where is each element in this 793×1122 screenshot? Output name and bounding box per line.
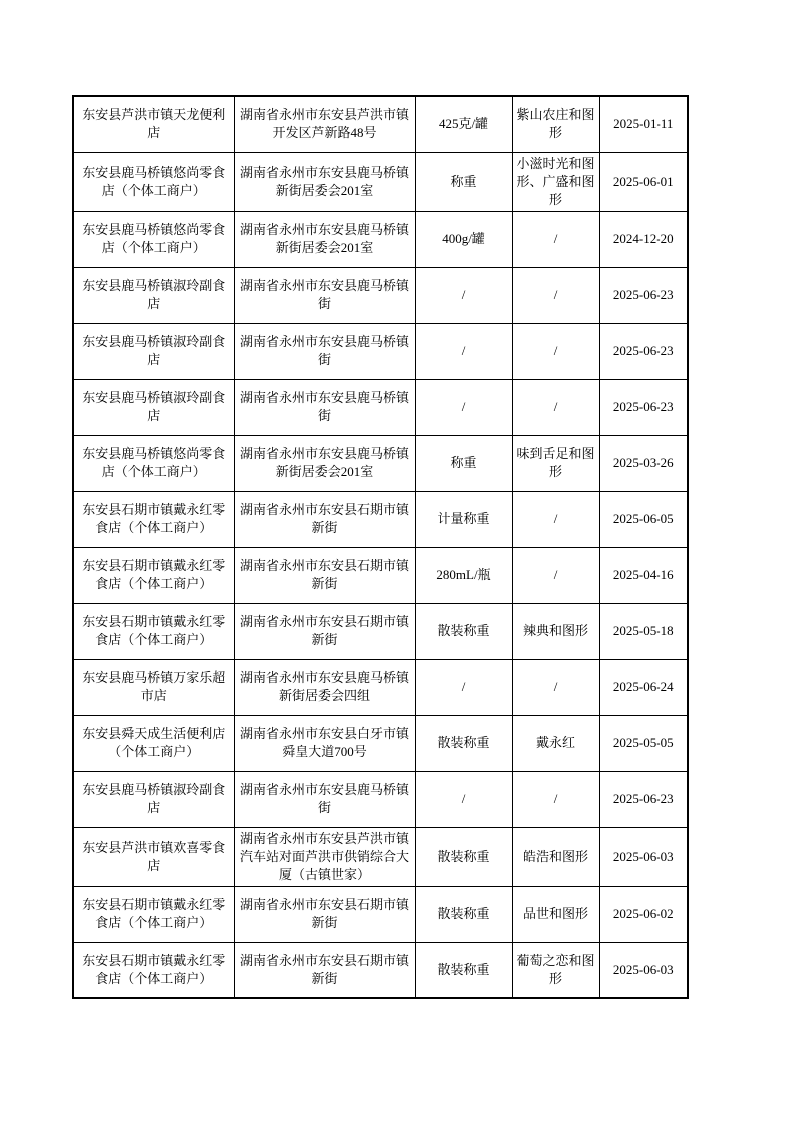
date-cell: 2025-06-23 (599, 323, 688, 379)
table-row: 东安县石期市镇戴永红零食店（个体工商户） 湖南省永州市东安县石期市镇新街 散装称… (73, 886, 688, 942)
specification-cell: / (415, 323, 512, 379)
trademark-cell: / (512, 379, 599, 435)
table-body: 东安县芦洪市镇天龙便利店 湖南省永州市东安县芦洪市镇开发区芦新路48号 425克… (73, 96, 688, 998)
specification-cell: 散装称重 (415, 827, 512, 886)
specification-cell: 425克/罐 (415, 96, 512, 152)
specification-cell: 散装称重 (415, 715, 512, 771)
date-cell: 2025-01-11 (599, 96, 688, 152)
table-row: 东安县鹿马桥镇万家乐超市店 湖南省永州市东安县鹿马桥镇新街居委会四组 / / 2… (73, 659, 688, 715)
store-name-cell: 东安县石期市镇戴永红零食店（个体工商户） (73, 491, 234, 547)
table-row: 东安县鹿马桥镇悠尚零食店（个体工商户） 湖南省永州市东安县鹿马桥镇新街居委会20… (73, 435, 688, 491)
trademark-cell: 小滋时光和图形、广盛和图形 (512, 152, 599, 211)
specification-cell: 散装称重 (415, 603, 512, 659)
table-row: 东安县鹿马桥镇淑玲副食店 湖南省永州市东安县鹿马桥镇街 / / 2025-06-… (73, 379, 688, 435)
store-name-cell: 东安县鹿马桥镇淑玲副食店 (73, 323, 234, 379)
address-cell: 湖南省永州市东安县鹿马桥镇新街居委会201室 (234, 152, 415, 211)
address-cell: 湖南省永州市东安县鹿马桥镇街 (234, 323, 415, 379)
store-name-cell: 东安县鹿马桥镇淑玲副食店 (73, 771, 234, 827)
trademark-cell: / (512, 547, 599, 603)
table-row: 东安县石期市镇戴永红零食店（个体工商户） 湖南省永州市东安县石期市镇新街 280… (73, 547, 688, 603)
store-name-cell: 东安县芦洪市镇天龙便利店 (73, 96, 234, 152)
store-name-cell: 东安县鹿马桥镇悠尚零食店（个体工商户） (73, 435, 234, 491)
table-row: 东安县芦洪市镇欢喜零食店 湖南省永州市东安县芦洪市镇汽车站对面芦洪市供销综合大厦… (73, 827, 688, 886)
date-cell: 2025-03-26 (599, 435, 688, 491)
address-cell: 湖南省永州市东安县白牙市镇舜皇大道700号 (234, 715, 415, 771)
table-row: 东安县石期市镇戴永红零食店（个体工商户） 湖南省永州市东安县石期市镇新街 散装称… (73, 603, 688, 659)
address-cell: 湖南省永州市东安县石期市镇新街 (234, 603, 415, 659)
date-cell: 2025-06-23 (599, 267, 688, 323)
trademark-cell: / (512, 771, 599, 827)
trademark-cell: 紫山农庄和图形 (512, 96, 599, 152)
address-cell: 湖南省永州市东安县鹿马桥镇新街居委会201室 (234, 435, 415, 491)
date-cell: 2025-06-05 (599, 491, 688, 547)
trademark-cell: 皓浩和图形 (512, 827, 599, 886)
store-name-cell: 东安县鹿马桥镇淑玲副食店 (73, 379, 234, 435)
date-cell: 2025-06-23 (599, 771, 688, 827)
specification-cell: / (415, 659, 512, 715)
specification-cell: 280mL/瓶 (415, 547, 512, 603)
date-cell: 2025-06-24 (599, 659, 688, 715)
address-cell: 湖南省永州市东安县鹿马桥镇街 (234, 379, 415, 435)
specification-cell: 称重 (415, 435, 512, 491)
trademark-cell: 品世和图形 (512, 886, 599, 942)
trademark-cell: 味到舌足和图形 (512, 435, 599, 491)
address-cell: 湖南省永州市东安县石期市镇新街 (234, 547, 415, 603)
store-name-cell: 东安县舜天成生活便利店（个体工商户） (73, 715, 234, 771)
specification-cell: 计量称重 (415, 491, 512, 547)
store-name-cell: 东安县鹿马桥镇悠尚零食店（个体工商户） (73, 152, 234, 211)
date-cell: 2025-05-18 (599, 603, 688, 659)
specification-cell: 散装称重 (415, 942, 512, 998)
date-cell: 2025-05-05 (599, 715, 688, 771)
table-row: 东安县石期市镇戴永红零食店（个体工商户） 湖南省永州市东安县石期市镇新街 散装称… (73, 942, 688, 998)
store-name-cell: 东安县石期市镇戴永红零食店（个体工商户） (73, 603, 234, 659)
trademark-cell: 戴永红 (512, 715, 599, 771)
address-cell: 湖南省永州市东安县石期市镇新街 (234, 886, 415, 942)
table-row: 东安县芦洪市镇天龙便利店 湖南省永州市东安县芦洪市镇开发区芦新路48号 425克… (73, 96, 688, 152)
store-name-cell: 东安县芦洪市镇欢喜零食店 (73, 827, 234, 886)
trademark-cell: / (512, 323, 599, 379)
table-row: 东安县鹿马桥镇淑玲副食店 湖南省永州市东安县鹿马桥镇街 / / 2025-06-… (73, 323, 688, 379)
address-cell: 湖南省永州市东安县鹿马桥镇街 (234, 771, 415, 827)
date-cell: 2025-04-16 (599, 547, 688, 603)
specification-cell: 散装称重 (415, 886, 512, 942)
date-cell: 2025-06-03 (599, 942, 688, 998)
address-cell: 湖南省永州市东安县鹿马桥镇新街居委会四组 (234, 659, 415, 715)
table-row: 东安县鹿马桥镇悠尚零食店（个体工商户） 湖南省永州市东安县鹿马桥镇新街居委会20… (73, 152, 688, 211)
address-cell: 湖南省永州市东安县芦洪市镇开发区芦新路48号 (234, 96, 415, 152)
date-cell: 2025-06-23 (599, 379, 688, 435)
address-cell: 湖南省永州市东安县石期市镇新街 (234, 942, 415, 998)
specification-cell: / (415, 771, 512, 827)
date-cell: 2024-12-20 (599, 211, 688, 267)
date-cell: 2025-06-01 (599, 152, 688, 211)
trademark-cell: / (512, 659, 599, 715)
store-name-cell: 东安县鹿马桥镇万家乐超市店 (73, 659, 234, 715)
date-cell: 2025-06-03 (599, 827, 688, 886)
address-cell: 湖南省永州市东安县石期市镇新街 (234, 491, 415, 547)
address-cell: 湖南省永州市东安县鹿马桥镇新街居委会201室 (234, 211, 415, 267)
document-page: 东安县芦洪市镇天龙便利店 湖南省永州市东安县芦洪市镇开发区芦新路48号 425克… (0, 0, 793, 1122)
trademark-cell: / (512, 491, 599, 547)
address-cell: 湖南省永州市东安县芦洪市镇汽车站对面芦洪市供销综合大厦（古镇世家） (234, 827, 415, 886)
table-row: 东安县鹿马桥镇悠尚零食店（个体工商户） 湖南省永州市东安县鹿马桥镇新街居委会20… (73, 211, 688, 267)
table-row: 东安县鹿马桥镇淑玲副食店 湖南省永州市东安县鹿马桥镇街 / / 2025-06-… (73, 267, 688, 323)
store-name-cell: 东安县石期市镇戴永红零食店（个体工商户） (73, 886, 234, 942)
date-cell: 2025-06-02 (599, 886, 688, 942)
specification-cell: / (415, 379, 512, 435)
store-name-cell: 东安县石期市镇戴永红零食店（个体工商户） (73, 942, 234, 998)
trademark-cell: 葡萄之恋和图形 (512, 942, 599, 998)
specification-cell: / (415, 267, 512, 323)
specification-cell: 称重 (415, 152, 512, 211)
address-cell: 湖南省永州市东安县鹿马桥镇街 (234, 267, 415, 323)
table-row: 东安县鹿马桥镇淑玲副食店 湖南省永州市东安县鹿马桥镇街 / / 2025-06-… (73, 771, 688, 827)
trademark-cell: / (512, 211, 599, 267)
trademark-cell: 辣典和图形 (512, 603, 599, 659)
store-name-cell: 东安县鹿马桥镇悠尚零食店（个体工商户） (73, 211, 234, 267)
store-name-cell: 东安县石期市镇戴永红零食店（个体工商户） (73, 547, 234, 603)
specification-cell: 400g/罐 (415, 211, 512, 267)
table-row: 东安县石期市镇戴永红零食店（个体工商户） 湖南省永州市东安县石期市镇新街 计量称… (73, 491, 688, 547)
inspection-records-table: 东安县芦洪市镇天龙便利店 湖南省永州市东安县芦洪市镇开发区芦新路48号 425克… (72, 95, 689, 999)
store-name-cell: 东安县鹿马桥镇淑玲副食店 (73, 267, 234, 323)
trademark-cell: / (512, 267, 599, 323)
table-row: 东安县舜天成生活便利店（个体工商户） 湖南省永州市东安县白牙市镇舜皇大道700号… (73, 715, 688, 771)
